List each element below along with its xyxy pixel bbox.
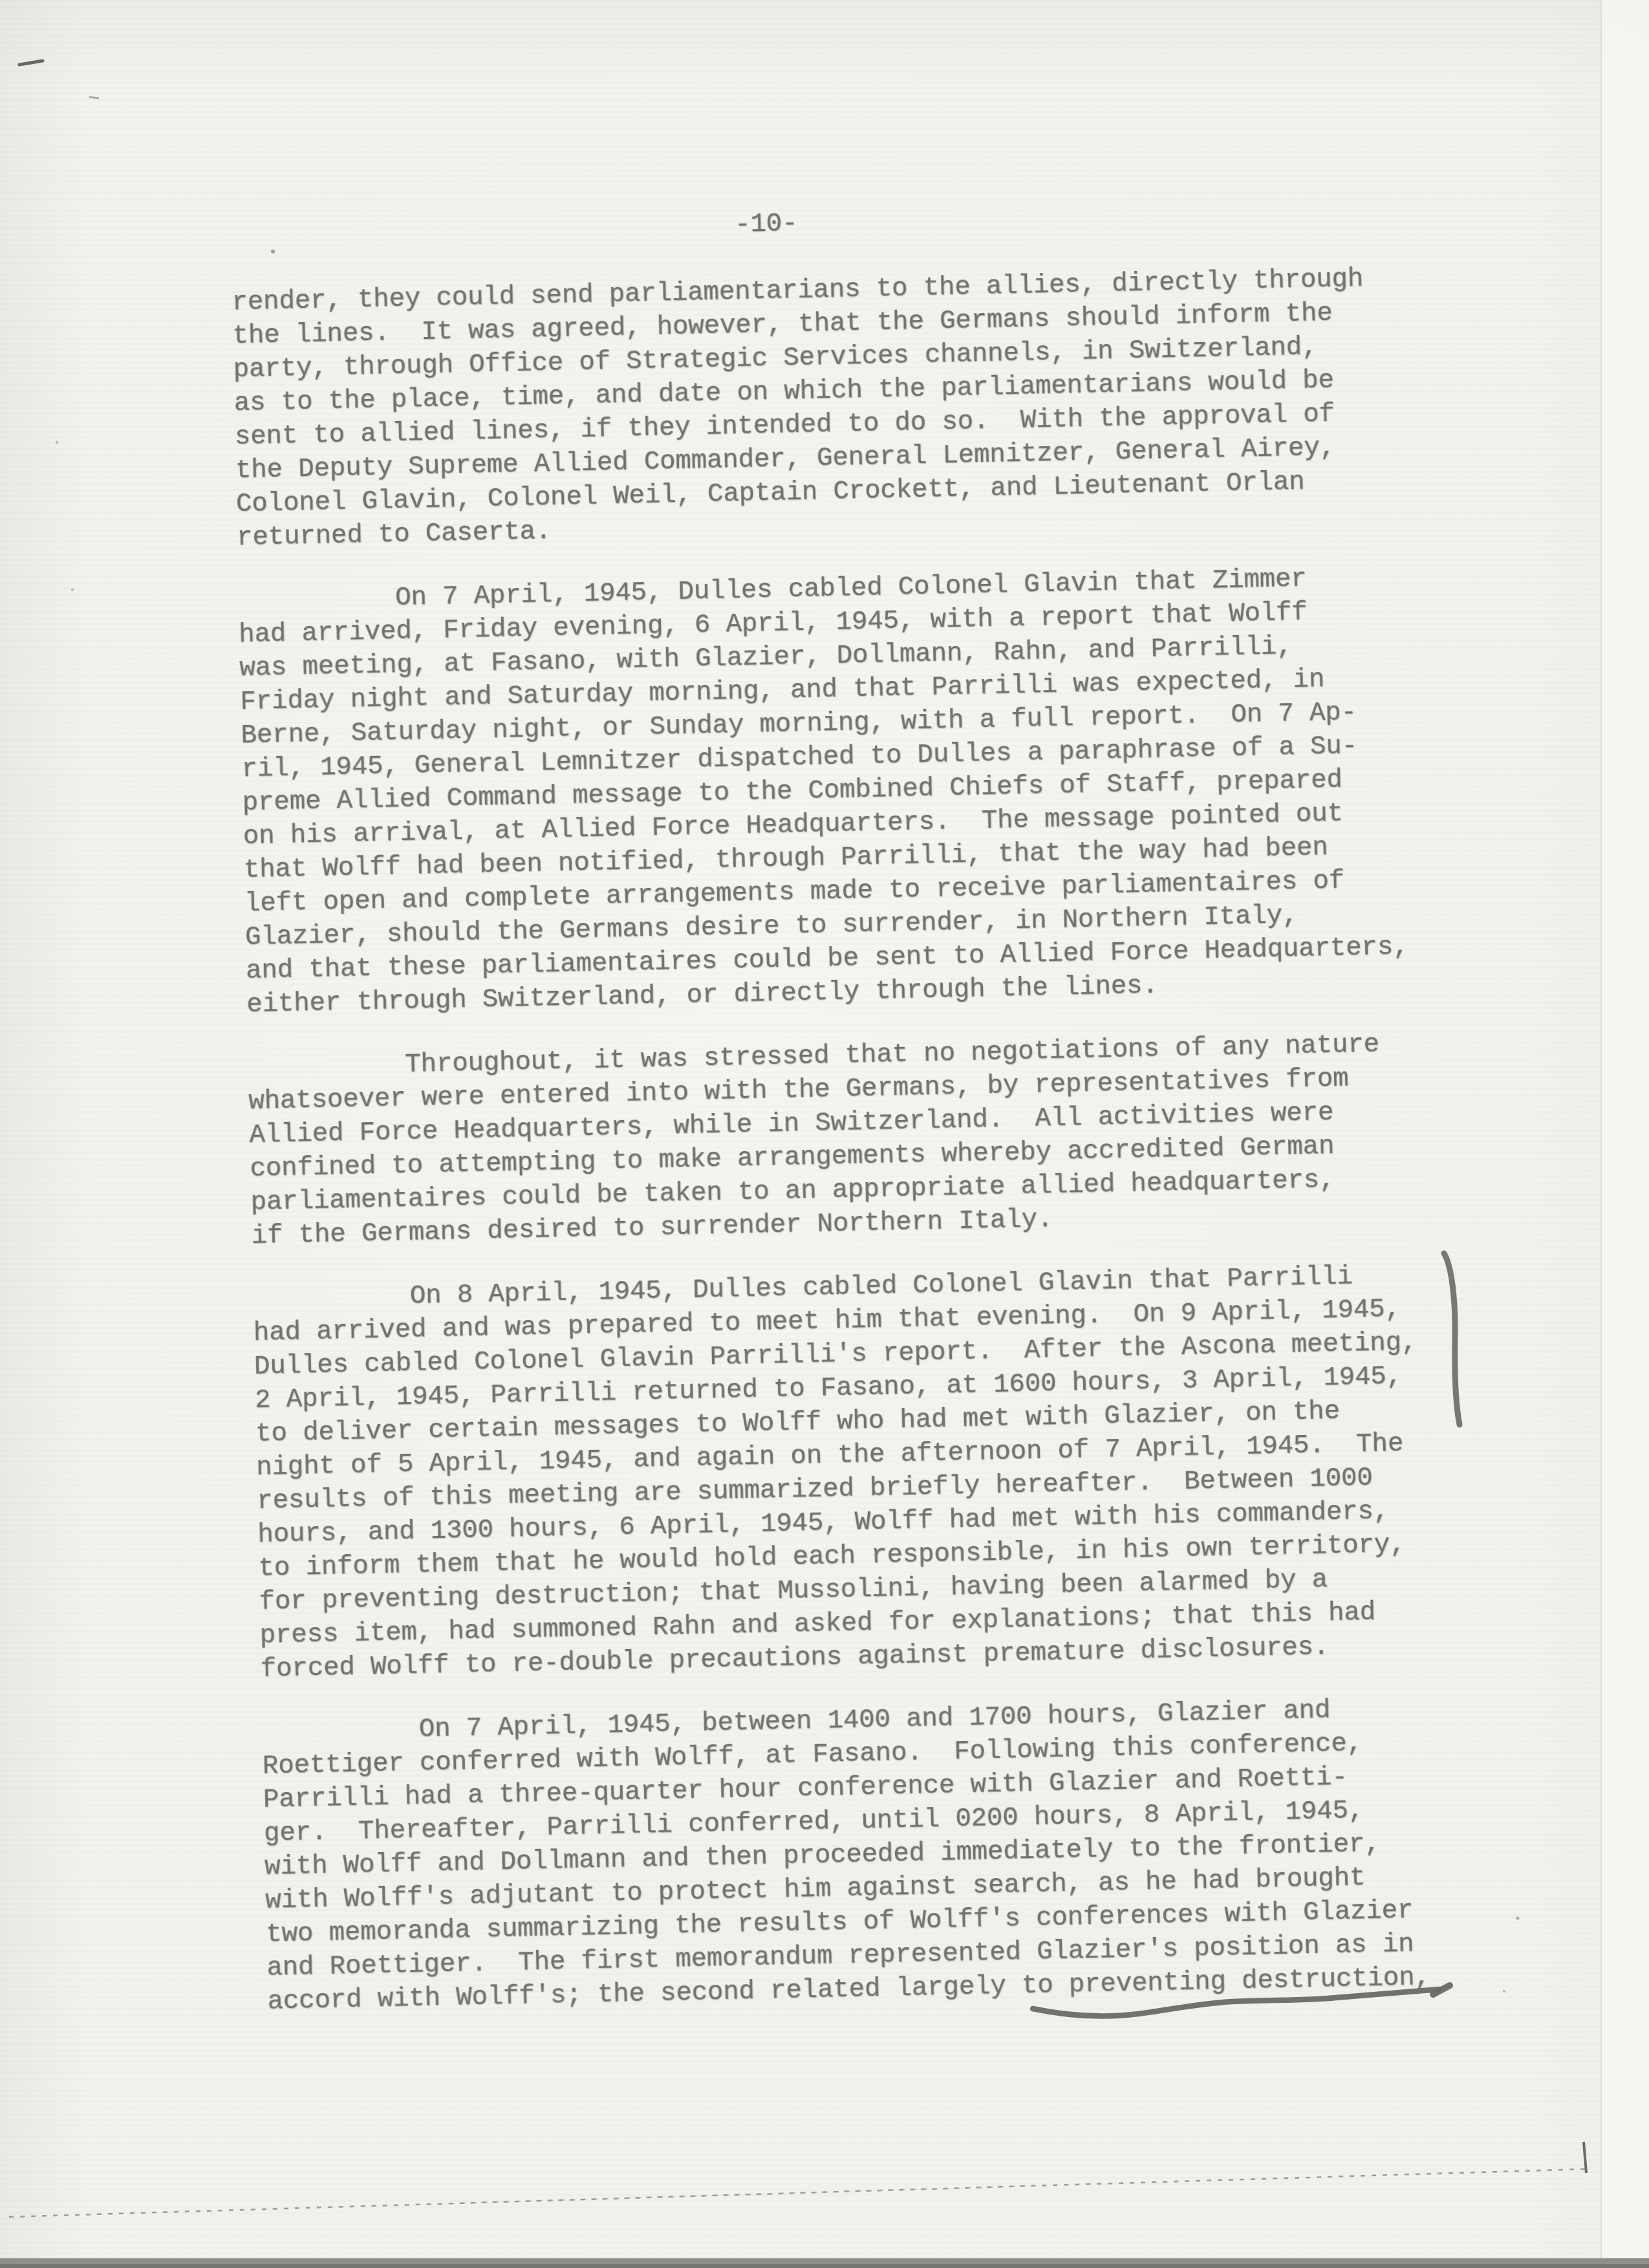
- paper-crease-strip: [1602, 0, 1649, 2268]
- edge-tick-mark: [1584, 2142, 1586, 2173]
- paragraph-2: On 7 April, 1945, Dulles cabled Colonel …: [238, 558, 1527, 1022]
- paper-speck: [71, 589, 74, 591]
- page-edge-dashed-line-faint: [453, 2186, 1035, 2203]
- page-number: -10-: [735, 192, 1511, 242]
- scanned-document-page: -10- render, they could send parliamenta…: [0, 0, 1649, 2268]
- bottom-scan-band: [0, 2258, 1649, 2268]
- pen-dash-mark: [19, 61, 43, 65]
- paragraph-3: Throughout, it was stressed that no nego…: [248, 1025, 1532, 1253]
- paper-speck: [89, 97, 99, 98]
- page-edge-dashed-line: [9, 2169, 1586, 2217]
- bottom-scan-band-dark: [0, 2264, 1649, 2268]
- paragraph-1: render, they could send parliamentarians…: [232, 259, 1517, 555]
- typewritten-text-block: -10- render, they could send parliamenta…: [230, 192, 1548, 2019]
- paragraph-4: On 8 April, 1945, Dulles cabled Colonel …: [252, 1256, 1541, 1686]
- paragraph-5: On 7 April, 1945, between 1400 and 1700 …: [261, 1689, 1547, 2018]
- paper-speck: [56, 441, 58, 444]
